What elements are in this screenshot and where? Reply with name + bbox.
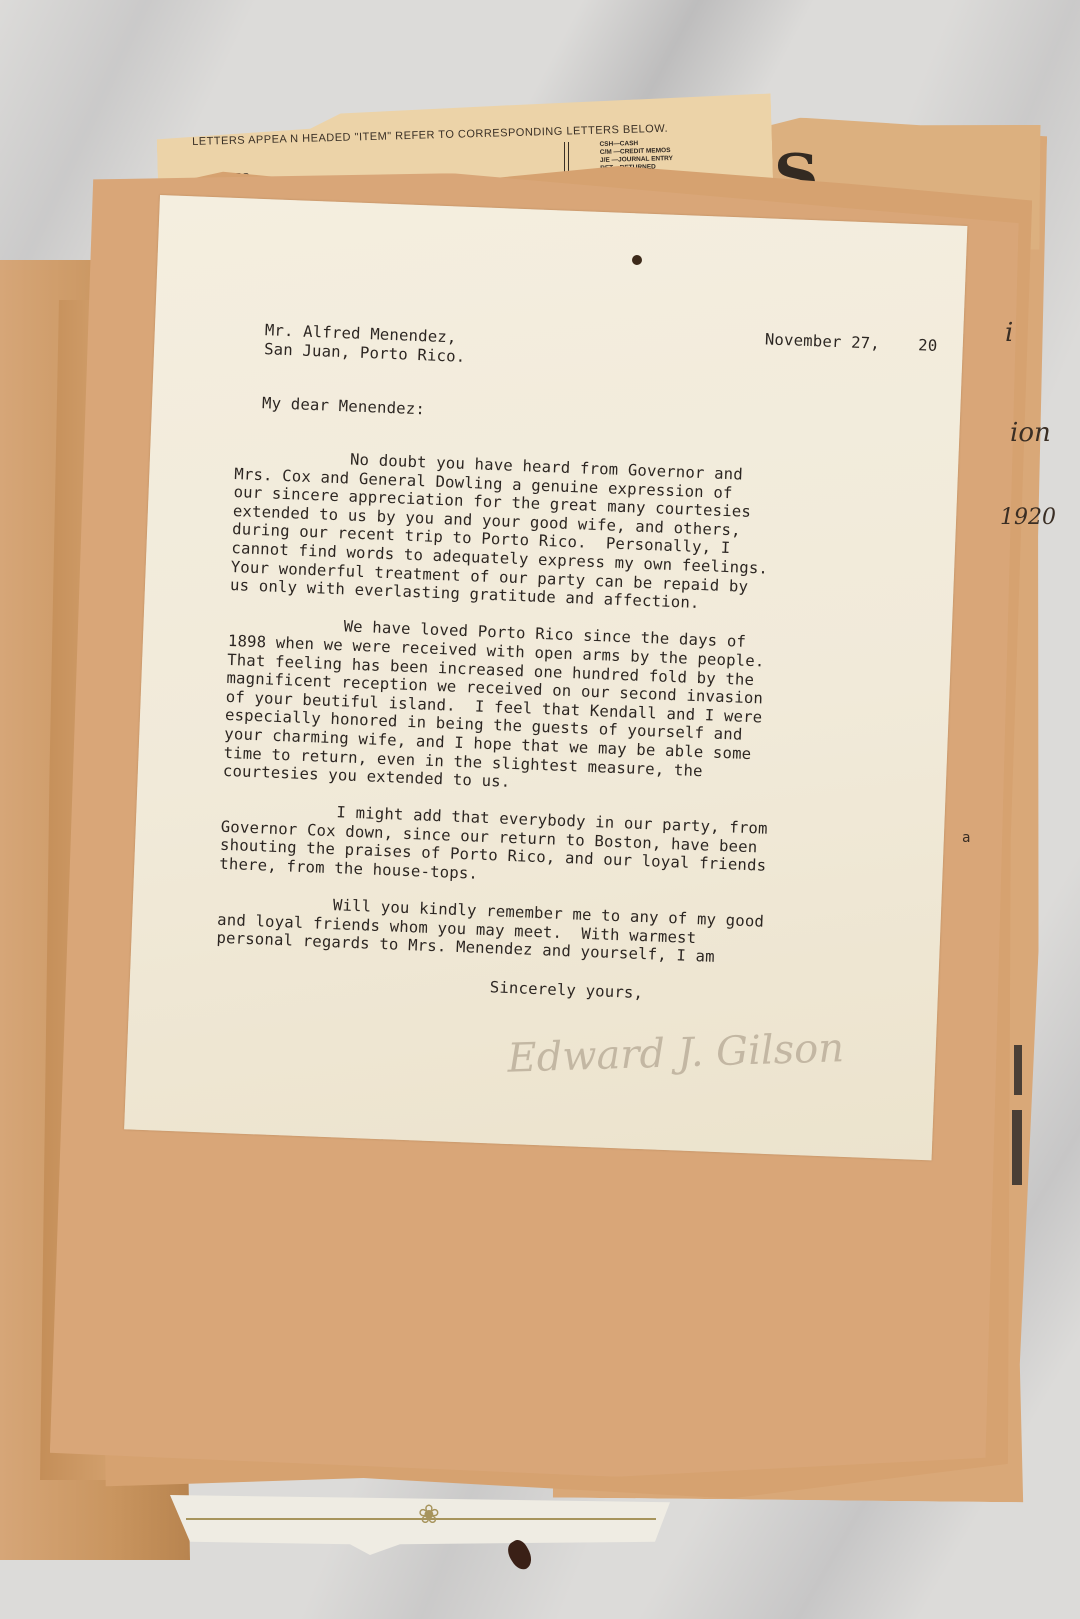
letter-paragraph: No doubt you have heard from Governor an… xyxy=(230,446,782,616)
handwriting-fragment: i xyxy=(1005,318,1013,348)
letter-salutation: My dear Menendez: xyxy=(262,394,426,419)
letter-date: November 27, 20 xyxy=(765,330,938,355)
letter-closing: Sincerely yours, xyxy=(489,978,643,1002)
print-mark xyxy=(1014,1045,1022,1095)
margin-letter: a xyxy=(962,830,970,846)
bow-icon: ❀ xyxy=(418,1500,440,1530)
print-mark xyxy=(1012,1110,1022,1185)
letter-paragraph: Will you kindly remember me to any of my… xyxy=(216,892,764,969)
ink-spot xyxy=(632,255,642,265)
letter-signature: Edward J. Gilson xyxy=(507,1025,845,1082)
handwriting-fragment: ion xyxy=(1010,418,1051,448)
letter-body: No doubt you have heard from Governor an… xyxy=(216,446,781,969)
letter-paragraph: I might add that everybody in our party,… xyxy=(219,799,768,894)
handwritten-year: 1920 xyxy=(1000,505,1056,530)
letter-paragraph: We have loved Porto Rico since the days … xyxy=(223,613,776,801)
typewritten-letter: November 27, 20 Mr. Alfred Menendez, San… xyxy=(124,195,967,1160)
letter-recipient: Mr. Alfred Menendez, San Juan, Porto Ric… xyxy=(264,321,467,366)
